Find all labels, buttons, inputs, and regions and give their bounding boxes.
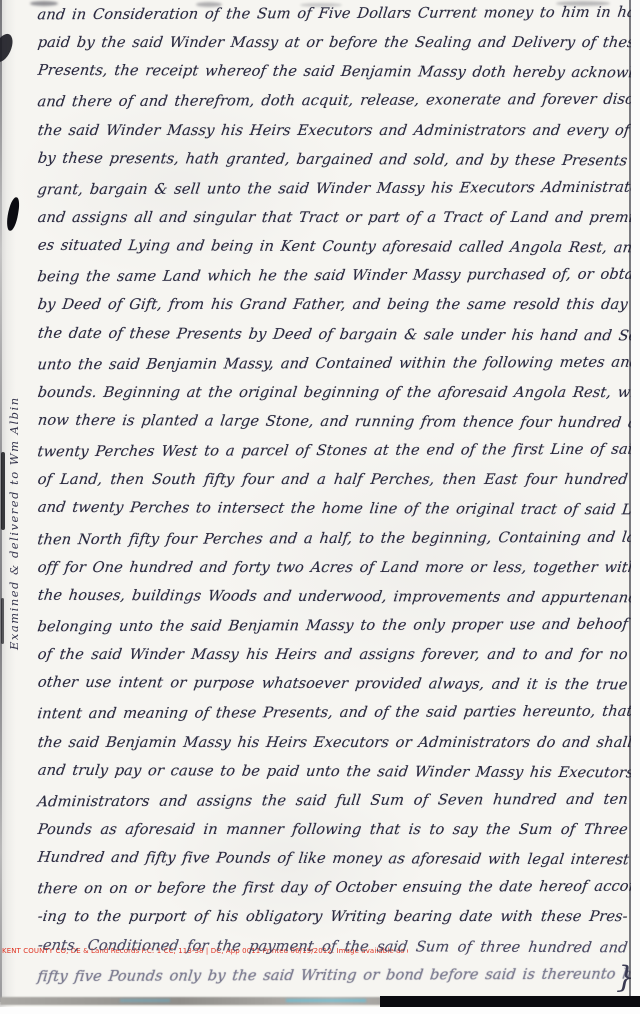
manuscript-line: Hundred and fifty five Pounds of like mo… (35, 849, 628, 881)
manuscript-line: Administrators and assigns the said full… (35, 791, 629, 823)
scan-bottom-black-bar (380, 996, 640, 1007)
margin-note: Examined & delivered to Wm Albin (7, 150, 21, 650)
manuscript-line: and twenty Perches to intersect the home… (35, 499, 628, 531)
manuscript-line: and truly pay or cause to be paid unto t… (35, 761, 628, 793)
manuscript-line: and there of and therefrom, doth acquit,… (35, 91, 629, 123)
manuscript-line: the said Winder Massy his Heirs Executor… (35, 122, 629, 151)
manuscript-line: now there is planted a large Stone, and … (35, 412, 628, 444)
scan-color-artifact (286, 999, 366, 1002)
manuscript-line: and assigns all and singular that Tract … (35, 209, 629, 238)
manuscript-line: bounds. Beginning at the original beginn… (35, 384, 629, 413)
manuscript-line: the said Benjamin Massy his Heirs Execut… (35, 734, 629, 763)
manuscript-line: unto the said Benjamin Massy, and Contai… (35, 353, 629, 385)
manuscript-line: and in Consideration of the Sum of Five … (35, 4, 629, 36)
manuscript-line: there on on or before the first day of O… (35, 878, 629, 910)
scan-margin-bottom (0, 1007, 640, 1014)
manuscript-line: the date of these Presents by Deed of ba… (35, 324, 628, 356)
manuscript-line: paid by the said Winder Massy at or befo… (35, 34, 629, 63)
manuscript-line: -ing to the purport of his obligatory Wr… (35, 908, 629, 937)
scan-color-artifact (120, 999, 170, 1002)
manuscript-line: grant, bargain & sell unto the said Wind… (35, 179, 629, 211)
manuscript-line: twenty Perches West to a parcel of Stone… (35, 441, 629, 473)
manuscript-line: other use intent or purpose whatsoever p… (35, 674, 628, 706)
manuscript-line: -ents, Conditioned for the payment of th… (35, 936, 628, 968)
manuscript-line: belonging unto the said Benjamin Massy t… (35, 616, 629, 648)
manuscript-line: of Land, then South fifty four and a hal… (35, 471, 629, 500)
scan-margin-right (631, 0, 640, 1014)
manuscript-line: intent and meaning of these Presents, an… (35, 703, 629, 735)
manuscript-line: of the said Winder Massy his Heirs and a… (35, 646, 629, 675)
manuscript-line: being the same Land which he the said Wi… (35, 266, 629, 298)
manuscript-line: by these presents, hath granted, bargain… (35, 149, 628, 181)
left-margin-ink-mark-2 (1, 598, 4, 644)
manuscript-line: fifty five Pounds only by the said Writi… (35, 965, 629, 997)
manuscript-line: Presents, the receipt whereof the said B… (35, 62, 628, 94)
document-page: Examined & delivered to Wm Albin KENT CO… (0, 0, 640, 1014)
manuscript-line: the houses, buildings Woods and underwoo… (35, 587, 628, 619)
left-margin-ink-mark (1, 452, 5, 530)
manuscript-line: es situated Lying and being in Kent Coun… (35, 237, 628, 269)
manuscript-line: Pounds as aforesaid in manner following … (35, 821, 629, 850)
corner-ink-mark (0, 31, 16, 65)
manuscript-text: and in Consideration of the Sum of Five … (37, 5, 627, 996)
manuscript-line: then North fifty four Perches and a half… (35, 528, 629, 560)
manuscript-line: by Deed of Gift, from his Grand Father, … (35, 296, 629, 325)
manuscript-line: off for One hundred and forty two Acres … (35, 559, 629, 588)
